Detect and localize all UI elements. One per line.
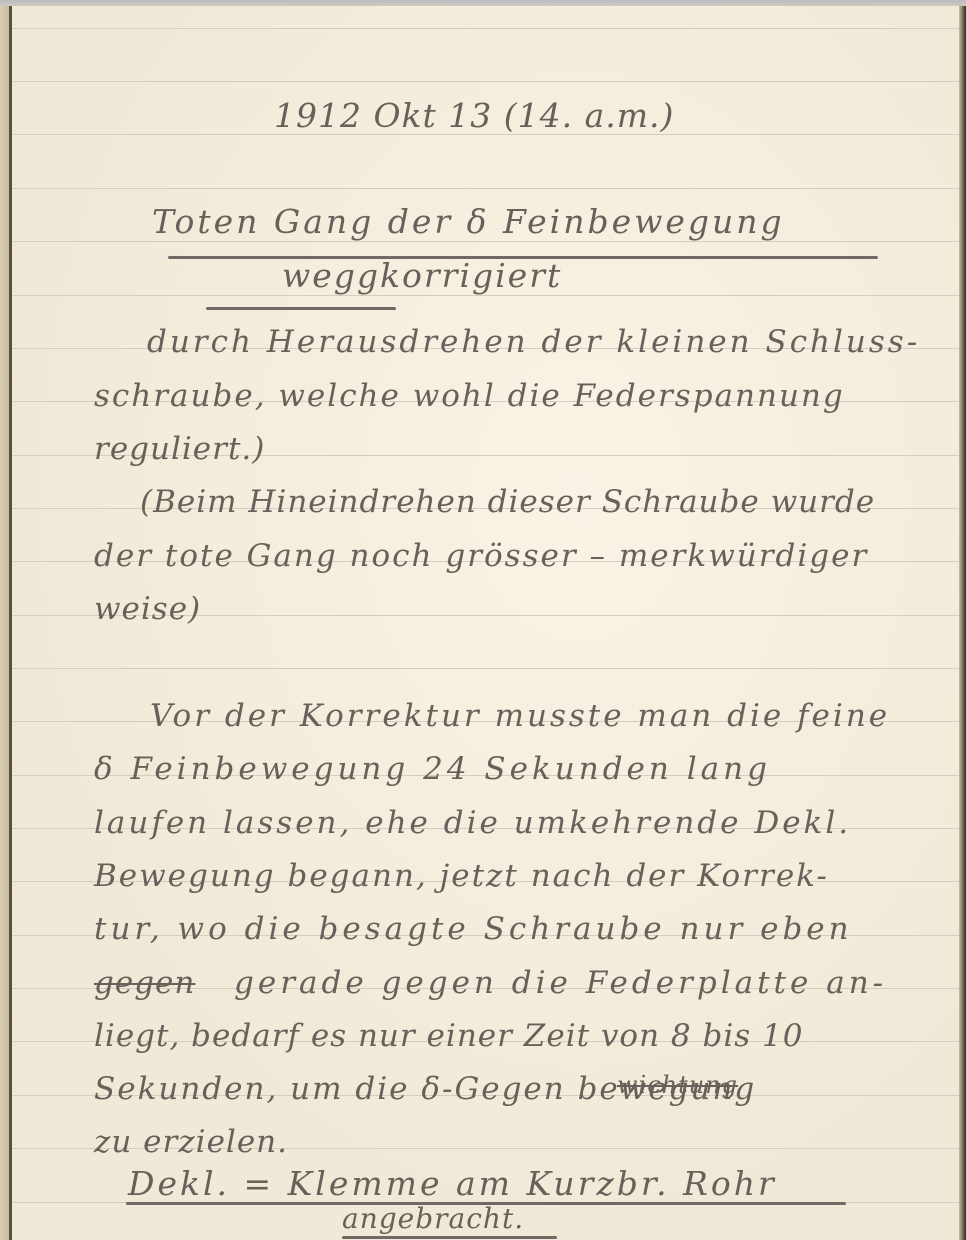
text-line: schraube, welche wohl die Federspannung (94, 378, 845, 414)
struck-word: wichtung (617, 1071, 738, 1099)
text-line: Bewegung begann, jetzt nach der Korrek- (94, 858, 829, 894)
page-right-edge-shadow (959, 6, 966, 1240)
text-line: der tote Gang noch grösser – merkwürdige… (94, 538, 868, 574)
text-line: laufen lassen, ehe die umkehrende Dekl. (94, 805, 851, 841)
text-line: (Beim Hineindrehen dieser Schraube wurde (140, 484, 875, 520)
text-line: reguliert.) (94, 431, 265, 467)
title-underline-2 (206, 307, 396, 310)
facing-page-edge (0, 6, 9, 1240)
ruled-line (12, 28, 959, 29)
entry-title-line-2: weggkorrigiert (282, 256, 562, 295)
text-line: weise) (94, 591, 201, 627)
ruled-line (12, 188, 959, 189)
text-line: durch Herausdrehen der kleinen Schluss- (147, 324, 920, 360)
text-line: tur, wo die besagte Schraube nur eben (94, 911, 853, 947)
ruled-line (12, 668, 959, 669)
notebook-page: 1912 Okt 13 (14. a.m.) Toten Gang der δ … (12, 6, 959, 1240)
closing-note-line-1: Dekl. = Klemme am Kurzbr. Rohr (128, 1164, 777, 1203)
text-line: liegt, bedarf es nur einer Zeit von 8 bi… (94, 1018, 803, 1054)
ruled-line (12, 81, 959, 82)
text-line: gerade gegen die Federplatte an- (234, 965, 887, 1001)
ruled-line (12, 241, 959, 242)
struck-word: gegen (94, 965, 195, 1001)
closing-underline-2 (342, 1236, 557, 1239)
text-line: δ Feinbewegung 24 Sekunden lang (94, 751, 771, 787)
entry-title-line-1: Toten Gang der δ Feinbewegung (152, 202, 785, 241)
closing-note-line-2: angebracht. (342, 1202, 524, 1235)
entry-date: 1912 Okt 13 (14. a.m.) (274, 96, 674, 135)
text-line: zu erzielen. (94, 1124, 288, 1160)
ruled-line (12, 295, 959, 296)
text-line: Vor der Korrektur musste man die feine (150, 698, 890, 734)
